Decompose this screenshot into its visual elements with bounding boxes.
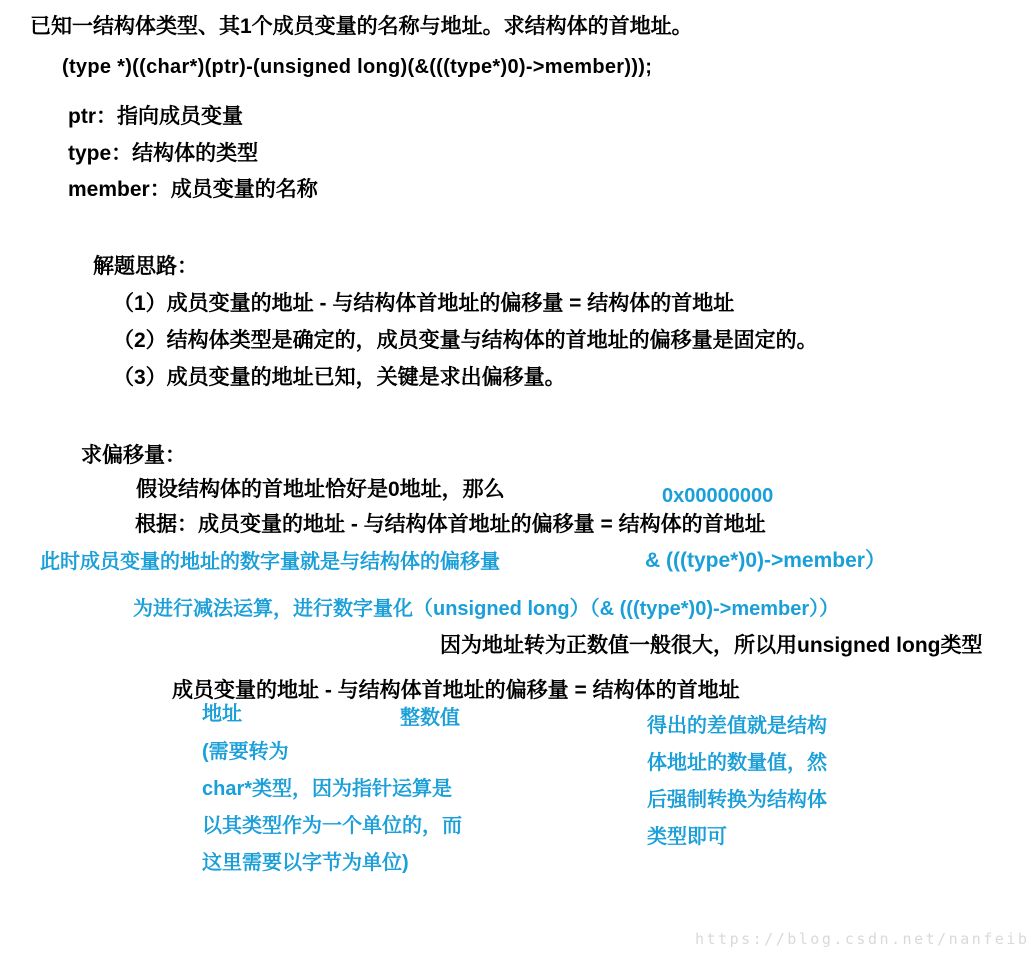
cast-result-note-line: 后强制转换为结构体: [647, 782, 827, 819]
offset-equals-note: 此时成员变量的地址的数字量就是与结构体的偏移量: [40, 550, 500, 575]
definition-ptr: ptr：指向成员变量: [68, 104, 243, 130]
quantize-note: 为进行减法运算，进行数字量化（unsigned long）（& (((type*…: [133, 597, 839, 622]
definition-type: type：结构体的类型: [68, 141, 258, 167]
note-page: 已知一结构体类型、其1个成员变量的名称与地址。求结构体的首地址。 (type *…: [0, 0, 1030, 966]
zero-address-value: 0x00000000: [662, 484, 773, 509]
approach-header: 解题思路：: [93, 254, 198, 280]
offset-header: 求偏移量：: [81, 443, 186, 469]
char-pointer-note-line: 以其类型作为一个单位的，而: [202, 808, 462, 845]
page-title: 已知一结构体类型、其1个成员变量的名称与地址。求结构体的首地址。: [30, 14, 693, 40]
definition-member: member：成员变量的名称: [68, 177, 318, 203]
char-pointer-note-line: 这里需要以字节为单位): [202, 845, 462, 882]
cast-result-note-line: 得出的差值就是结构: [647, 708, 827, 745]
char-pointer-note-line: (需要转为: [202, 734, 462, 771]
offset-assumption: 假设结构体的首地址恰好是0地址，那么: [136, 477, 505, 503]
container-of-macro-code: (type *)((char*)(ptr)-(unsigned long)(&(…: [62, 55, 652, 80]
blog-watermark-url: https://blog.csdn.net/nanfeibuyi: [695, 930, 1030, 948]
cast-result-note: 得出的差值就是结构 体地址的数量值，然 后强制转换为结构体 类型即可: [647, 708, 827, 856]
unsigned-long-reason: 因为地址转为正数值一般很大，所以用unsigned long类型: [440, 633, 982, 659]
cast-result-note-line: 体地址的数量值，然: [647, 745, 827, 782]
approach-step-2: （2）结构体类型是确定的，成员变量与结构体的首地址的偏移量是固定的。: [113, 328, 818, 354]
offset-basis-formula: 根据：成员变量的地址 - 与结构体首地址的偏移量 = 结构体的首地址: [135, 512, 766, 538]
conclusion-formula: 成员变量的地址 - 与结构体首地址的偏移量 = 结构体的首地址: [172, 678, 740, 704]
approach-step-3: （3）成员变量的地址已知，关键是求出偏移量。: [113, 365, 566, 391]
char-pointer-note: (需要转为 char*类型，因为指针运算是 以其类型作为一个单位的，而 这里需要…: [202, 734, 462, 882]
offset-expression: & (((type*)0)->member）: [645, 548, 886, 574]
cast-result-note-line: 类型即可: [647, 819, 827, 856]
integer-annotation-label: 整数值: [400, 706, 460, 731]
address-annotation-label: 地址: [202, 702, 242, 727]
char-pointer-note-line: char*类型，因为指针运算是: [202, 771, 462, 808]
approach-step-1: （1）成员变量的地址 - 与结构体首地址的偏移量 = 结构体的首地址: [113, 291, 734, 317]
